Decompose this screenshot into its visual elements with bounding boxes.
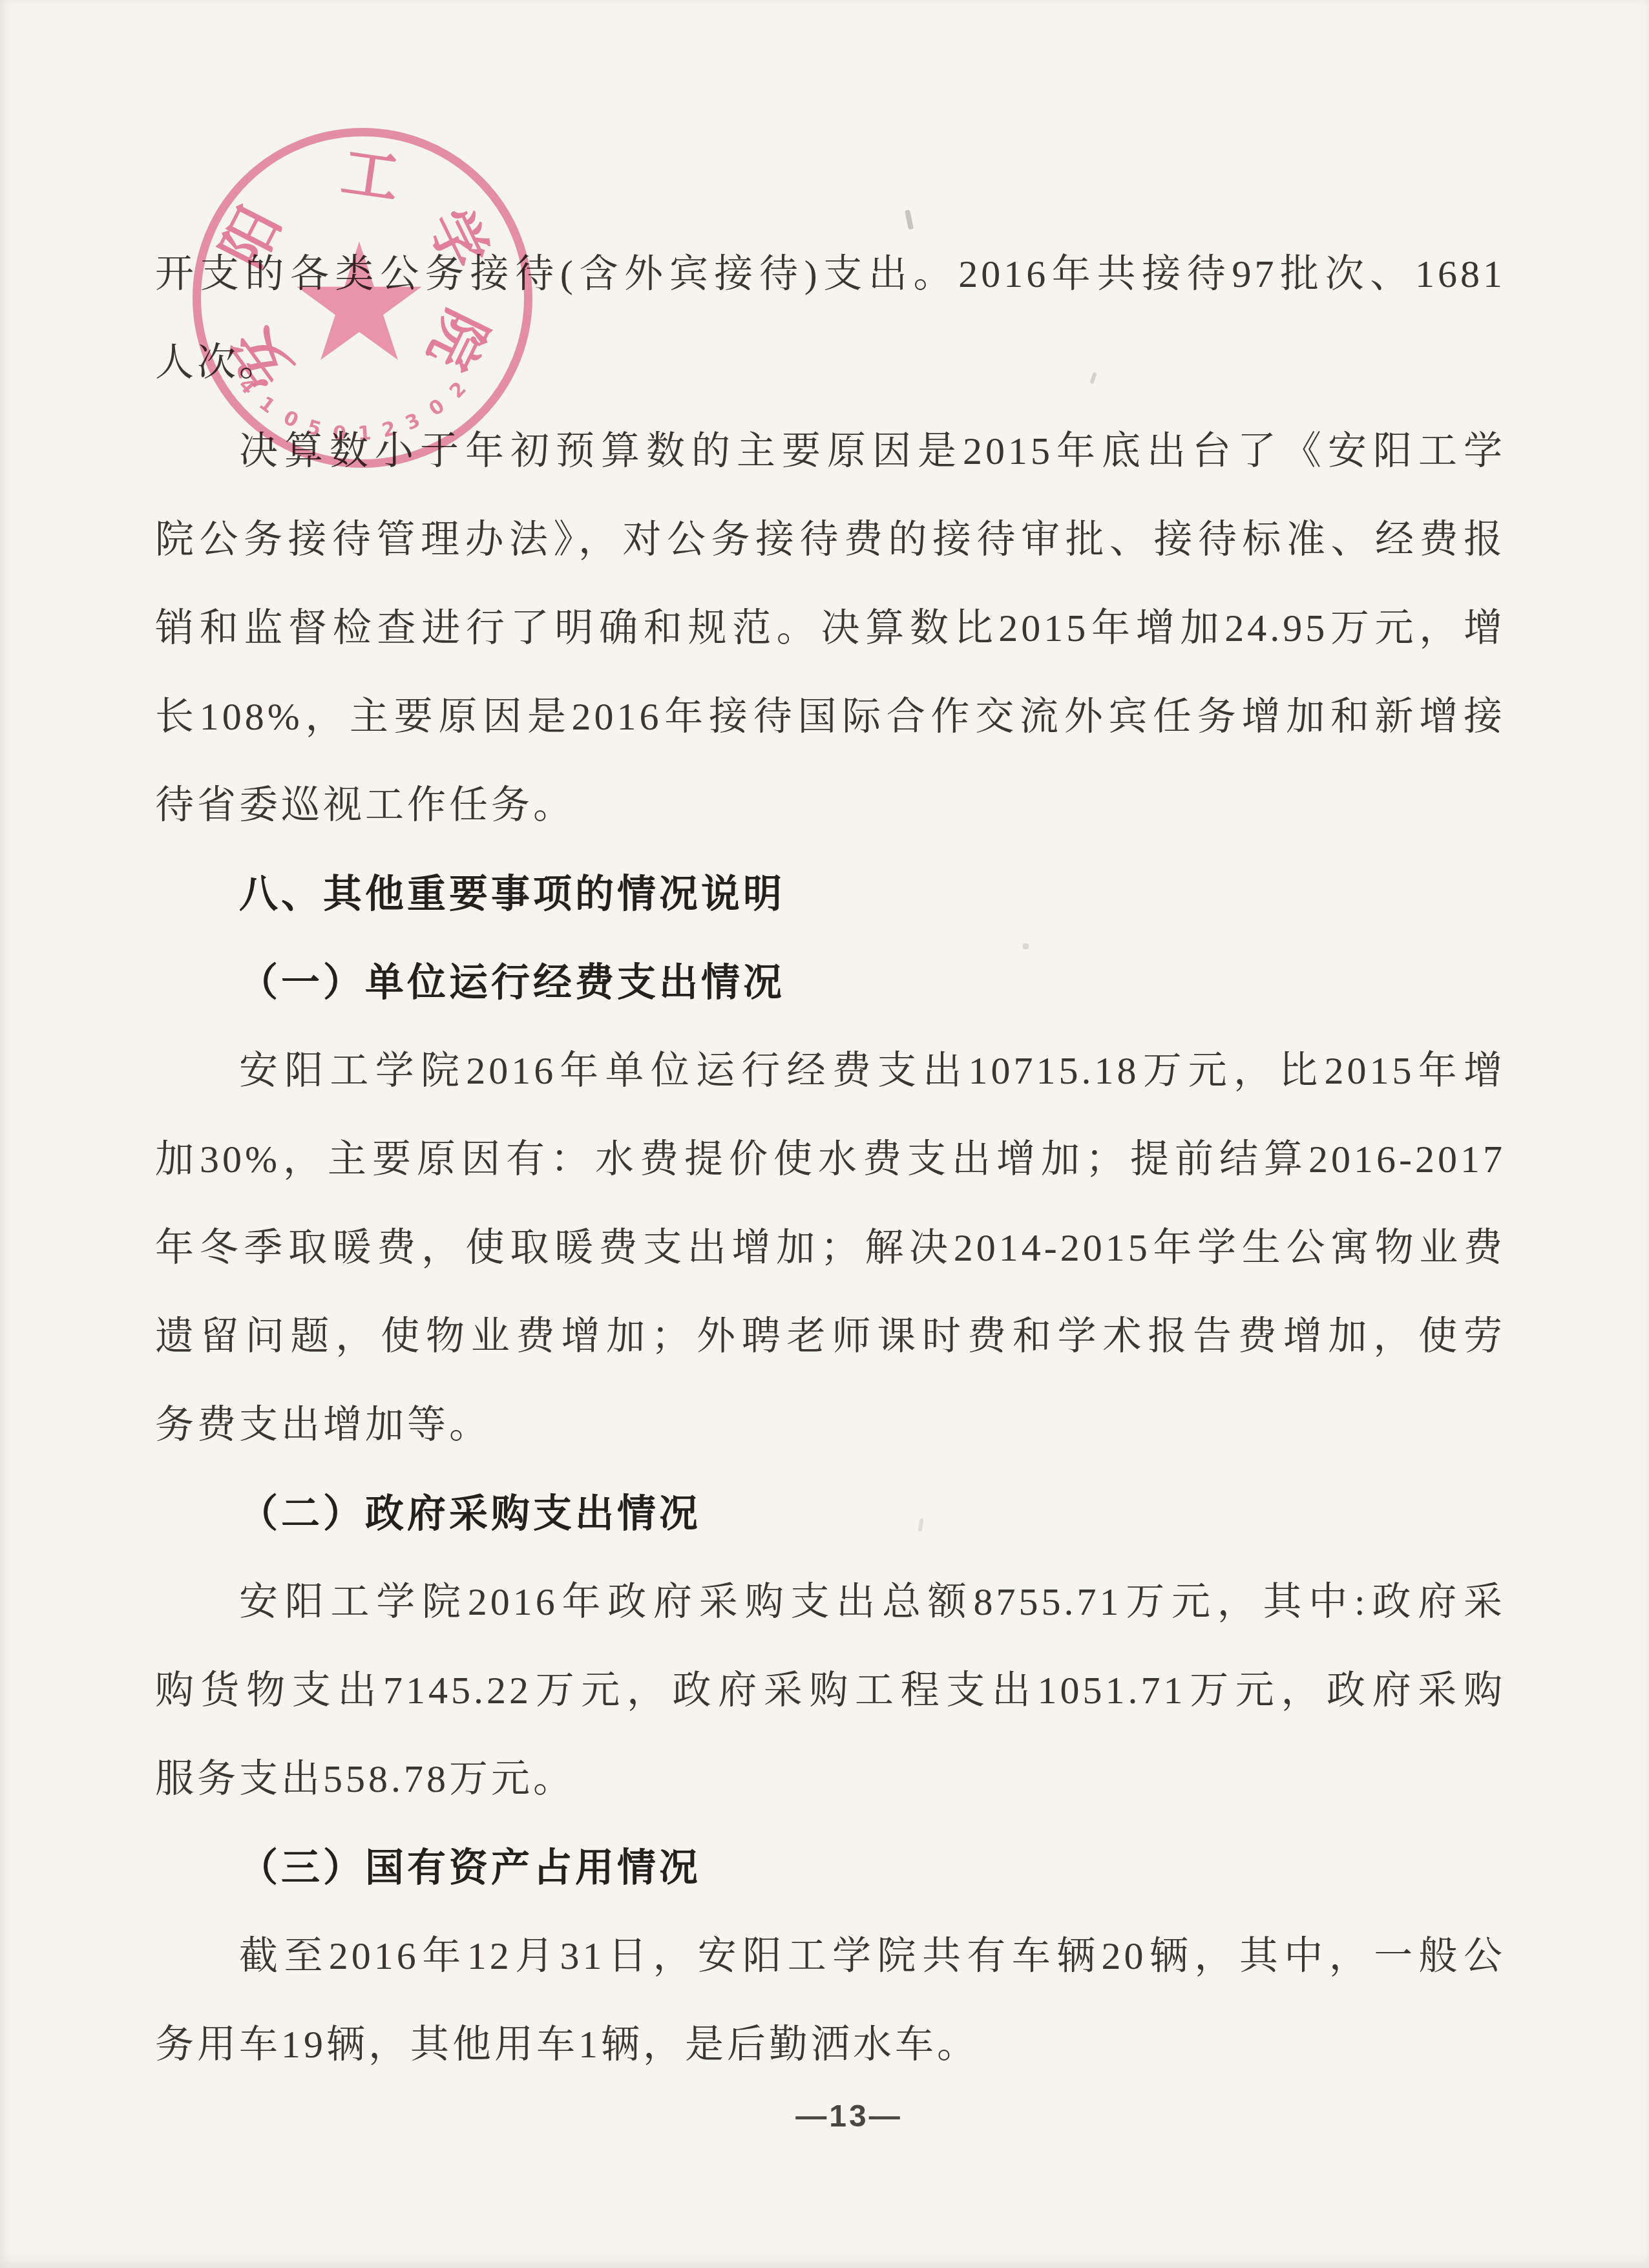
text-line: 加30%，主要原因有：水费提价使水费支出增加；提前结算2016-2017	[155, 1115, 1506, 1204]
page-number: —13—	[681, 2099, 1017, 2134]
scan-speck	[1023, 943, 1029, 949]
section-heading: （三）国有资产占用情况	[155, 1823, 1506, 1912]
text-line: 待省委巡视工作任务。	[155, 761, 1506, 850]
text-line: 服务支出558.78万元。	[155, 1735, 1506, 1823]
text-line: 销和监督检查进行了明确和规范。决算数比2015年增加24.95万元，增	[155, 584, 1506, 673]
text-line: 安阳工学院2016年政府采购支出总额8755.71万元，其中:政府采	[155, 1558, 1506, 1646]
text-line: 人次。	[155, 319, 1506, 407]
text-line: 决算数小于年初预算数的主要原因是2015年底出台了《安阳工学	[155, 407, 1506, 496]
text-line: 院公务接待管理办法》，对公务接待费的接待审批、接待标准、经费报	[155, 496, 1506, 584]
text-line: 购货物支出7145.22万元，政府采购工程支出1051.71万元，政府采购	[155, 1646, 1506, 1735]
text-line: 安阳工学院2016年单位运行经费支出10715.18万元，比2015年增	[155, 1027, 1506, 1115]
section-heading: （二）政府采购支出情况	[155, 1469, 1506, 1558]
text-line: 年冬季取暖费，使取暖费支出增加；解决2014-2015年学生公寓物业费	[155, 1204, 1506, 1292]
section-heading: 八、其他重要事项的情况说明	[155, 850, 1506, 938]
text-line: 开支的各类公务接待(含外宾接待)支出。2016年共接待97批次、1681	[155, 230, 1506, 319]
text-line: 长108%，主要原因是2016年接待国际合作交流外宾任务增加和新增接	[155, 673, 1506, 761]
document-body-text: 开支的各类公务接待(含外宾接待)支出。2016年共接待97批次、1681人次。决…	[155, 230, 1506, 2089]
scan-speck	[905, 209, 914, 229]
scanned-document-page: 开支的各类公务接待(含外宾接待)支出。2016年共接待97批次、1681人次。决…	[0, 0, 1649, 2268]
text-line: 务用车19辆，其他用车1辆，是后勤洒水车。	[155, 2000, 1506, 2089]
text-line: 截至2016年12月31日，安阳工学院共有车辆20辆，其中，一般公	[155, 1912, 1506, 2000]
text-line: 务费支出增加等。	[155, 1381, 1506, 1469]
section-heading: （一）单位运行经费支出情况	[155, 938, 1506, 1027]
seal-character: 工	[337, 127, 404, 215]
text-line: 遗留问题，使物业费增加；外聘老师课时费和学术报告费增加，使劳	[155, 1292, 1506, 1381]
